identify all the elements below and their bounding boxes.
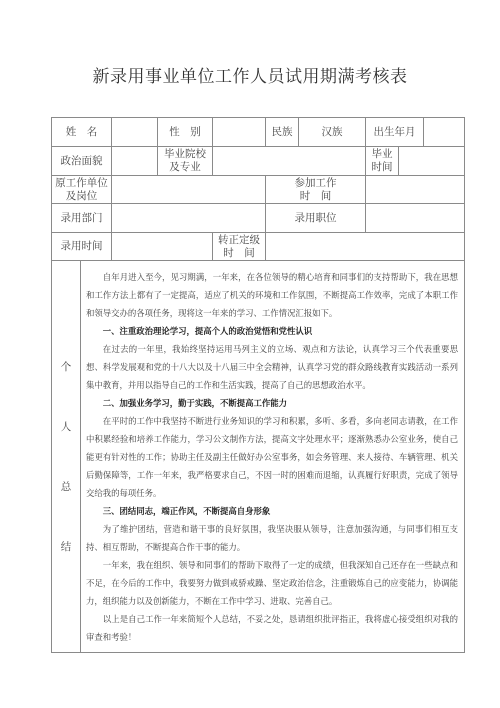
birth-date-field[interactable] [424,118,465,147]
assessment-form-table: 姓 名 性 别 民族 汉族 出生年月 政治面貌 毕业院校 及专业 毕业 时间 [51,117,465,653]
hiring-department-label: 录用部门 [52,204,112,233]
work-start-time-label-line2: 时 间 [266,190,365,203]
ethnicity-field[interactable]: 汉族 [299,118,366,147]
work-start-time-field[interactable] [366,176,465,204]
previous-unit-label-line2: 及岗位 [52,190,111,203]
hiring-time-label: 录用时间 [52,233,112,261]
work-start-time-label-line1: 参加工作 [266,177,365,190]
summary-label-char: 结 [52,517,80,577]
row-basic-info: 姓 名 性 别 民族 汉族 出生年月 [52,118,465,147]
summary-heading-3: 三、团结同志，端正作风，不断提高自身形象 [86,502,458,520]
personal-summary-text[interactable]: 自年月进入至今，见习期满，一年来，在各位领导的精心培育和同事们的支持帮助下，我在… [81,261,465,653]
regularization-time-label-line1: 转正定级 [213,234,265,247]
graduation-time-label-line1: 毕业 [366,148,398,161]
summary-paragraph-intro: 自年月进入至今，见习期满，一年来，在各位领导的精心培育和同事们的支持帮助下，我在… [86,268,458,322]
name-field[interactable] [112,118,158,147]
school-major-field[interactable] [213,147,366,176]
graduation-time-field[interactable] [399,147,464,175]
summary-label-char: 总 [52,457,80,517]
gender-label: 性 别 [158,118,213,147]
school-major-label: 毕业院校 及专业 [158,147,213,176]
summary-paragraph: 为了维护团结，营造和谐干事的良好氛围，我坚决服从领导，注意加强沟通，与同事们相互… [86,520,458,556]
regularization-time-label: 转正定级 时 间 [213,233,266,261]
form-title: 新录用事业单位工作人员试用期满考核表 [0,62,500,87]
personal-summary-label: 个 人 总 结 [52,261,81,653]
regularization-time-field[interactable] [266,233,465,261]
graduation-time-label-line2: 时间 [366,161,398,174]
row-hiring-time: 录用时间 转正定级 时 间 [52,233,465,261]
summary-label-char: 人 [52,397,80,457]
summary-paragraph-closing: 以上是自己工作一年来简短个人总结，不妥之处，恳请组织批评指正，我将虚心接受组织对… [86,610,458,646]
school-major-label-line1: 毕业院校 [158,148,212,161]
school-major-label-line2: 及专业 [158,161,212,174]
previous-unit-field[interactable] [112,176,266,204]
political-status-label: 政治面貌 [52,147,112,176]
summary-label-char: 个 [52,337,80,397]
previous-unit-label: 原工作单位 及岗位 [52,176,112,204]
gender-field[interactable] [213,118,266,147]
regularization-time-label-line2: 时 间 [213,247,265,260]
row-previous-work: 原工作单位 及岗位 参加工作 时 间 [52,176,465,204]
graduation-time-label: 毕业 时间 [366,147,399,175]
summary-paragraph: 在平时的工作中我坚持不断进行业务知识的学习和积累，多听、多看，多向老同志请教，在… [86,412,458,502]
name-label: 姓 名 [52,118,112,147]
summary-heading-2: 二、加强业务学习，勤于实践，不断提高工作能力 [86,394,458,412]
hiring-position-field[interactable] [366,204,465,233]
birth-date-label: 出生年月 [366,118,424,147]
row-personal-summary: 个 人 总 结 自年月进入至今，见习期满，一年来，在各位领导的精心培育和同事们的… [52,261,465,653]
hiring-time-field[interactable] [112,233,213,261]
work-start-time-label: 参加工作 时 间 [266,176,366,204]
summary-heading-1: 一、注重政治理论学习，提高个人的政治觉悟和党性认识 [86,322,458,340]
graduation-cell: 毕业 时间 [366,147,465,176]
summary-paragraph: 在过去的一年里，我始终坚持运用马列主义的立场、观点和方法论，认真学习三个代表重要… [86,340,458,394]
hiring-position-label: 录用职位 [266,204,366,233]
previous-unit-label-line1: 原工作单位 [52,177,111,190]
row-education: 政治面貌 毕业院校 及专业 毕业 时间 [52,147,465,176]
hiring-department-field[interactable] [112,204,266,233]
summary-paragraph: 一年来，我在组织、领导和同事们的帮助下取得了一定的成绩，但我深知自己还存在一些缺… [86,556,458,610]
ethnicity-label: 民族 [266,118,299,147]
row-hiring-department: 录用部门 录用职位 [52,204,465,233]
political-status-field[interactable] [112,147,158,176]
